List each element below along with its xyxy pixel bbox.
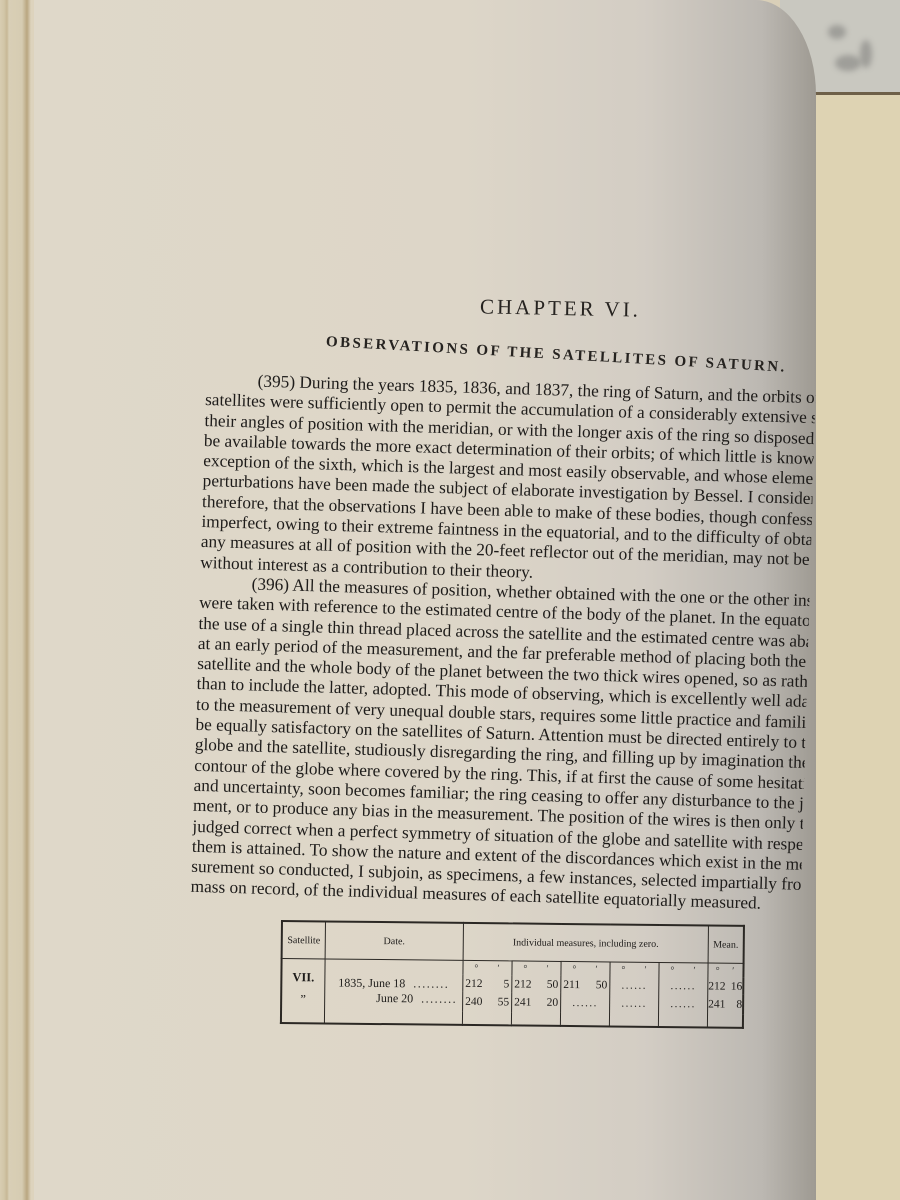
measure-cell: 2125 — [463, 975, 512, 993]
degree-symbol: ° — [514, 963, 536, 974]
header-individual-measures: Individual measures, including zero. — [463, 923, 708, 963]
spacer-cell — [324, 1010, 462, 1024]
header-date: Date. — [325, 921, 463, 960]
body-text: (395) During the years 1835, 1836, and 1… — [190, 370, 815, 916]
paragraph-396: (396) All the measures of position, whet… — [190, 573, 809, 916]
degree-symbol: ° — [710, 965, 726, 976]
mean-degrees: 212 — [708, 980, 730, 992]
measure-cell: 24055 — [463, 992, 512, 1013]
leader-dots: ........ — [413, 976, 449, 990]
empty-measure-cell: ...... — [610, 993, 659, 1014]
minute-symbol: ′ — [683, 965, 705, 976]
measure-degrees: 211 — [563, 978, 589, 990]
empty-measure-cell: ...... — [659, 994, 708, 1015]
minute-symbol: ′ — [536, 963, 558, 974]
mean-minutes: 8 — [730, 999, 742, 1011]
spacer-cell — [560, 1013, 609, 1027]
measure-cell: 21150 — [561, 976, 610, 994]
spacer-cell — [511, 1012, 560, 1026]
date-line: 1835, June 18........ — [325, 975, 462, 991]
measure-minutes: 5 — [491, 978, 509, 990]
unit-cell: °′ — [659, 962, 708, 977]
empty-measure-cell: ...... — [561, 993, 610, 1014]
mean-cell: 2418 — [708, 994, 744, 1014]
chapter-subtitle: OBSERVATIONS OF THE SATELLITES OF SATURN… — [326, 334, 788, 377]
spacer-cell — [658, 1014, 707, 1028]
date-cell: 1835, June 18........ June 20........ — [325, 959, 464, 1012]
spacer-cell — [462, 1012, 511, 1026]
measure-degrees: 240 — [465, 996, 491, 1008]
degree-symbol: ° — [563, 963, 585, 974]
measure-degrees: 212 — [514, 978, 540, 990]
unit-cell: °′ — [463, 960, 512, 975]
spacer-cell — [707, 1014, 743, 1027]
minute-symbol: ′ — [725, 965, 741, 976]
minute-symbol: ′ — [585, 964, 607, 975]
satellite-ditto: „ — [282, 985, 324, 1000]
header-satellite: Satellite — [282, 921, 326, 959]
empty-measure-cell: ...... — [610, 976, 659, 994]
mean-degrees: 241 — [708, 998, 730, 1010]
measure-minutes: 20 — [540, 997, 558, 1009]
satellite-measures-table: Satellite Date. Individual measures, inc… — [280, 920, 745, 1029]
satellite-name: VII. — [282, 970, 324, 985]
unit-cell: °′ — [512, 961, 561, 976]
measure-degrees: 212 — [465, 977, 491, 989]
unit-cell: °′ — [561, 961, 610, 976]
measure-degrees: 241 — [514, 996, 540, 1008]
measure-minutes: 50 — [540, 978, 558, 990]
spacer-cell — [609, 1013, 658, 1027]
date-value: June 20 — [376, 991, 413, 1005]
measure-cell: 24120 — [512, 992, 561, 1013]
page-content: CHAPTER VI. OBSERVATIONS OF THE SATELLIT… — [0, 0, 900, 1200]
degree-symbol: ° — [612, 964, 634, 975]
chapter-heading: CHAPTER VI. — [480, 294, 641, 322]
degree-symbol: ° — [465, 962, 487, 973]
date-value: 1835, June 18 — [338, 975, 405, 990]
leader-dots: ........ — [421, 991, 457, 1005]
table-header-row: Satellite Date. Individual measures, inc… — [282, 921, 744, 963]
minute-symbol: ′ — [634, 964, 656, 975]
empty-measure-cell: ...... — [659, 977, 708, 995]
unit-cell: °′ — [708, 963, 744, 978]
header-mean: Mean. — [708, 925, 744, 963]
date-line: June 20........ — [325, 990, 462, 1006]
measure-cell: 21250 — [512, 975, 561, 993]
mean-cell: 21216 — [708, 977, 744, 994]
satellite-cell: VII. „ — [281, 959, 325, 1011]
measure-minutes: 55 — [491, 996, 509, 1008]
mean-minutes: 16 — [730, 980, 742, 992]
paragraph-395: (395) During the years 1835, 1836, and 1… — [200, 370, 816, 591]
spacer-cell — [281, 1010, 325, 1023]
minute-symbol: ′ — [487, 963, 509, 974]
measure-minutes: 50 — [589, 979, 607, 991]
degree-symbol: ° — [661, 964, 683, 975]
measures-table-container: Satellite Date. Individual measures, inc… — [280, 920, 745, 1029]
unit-cell: °′ — [610, 962, 659, 977]
